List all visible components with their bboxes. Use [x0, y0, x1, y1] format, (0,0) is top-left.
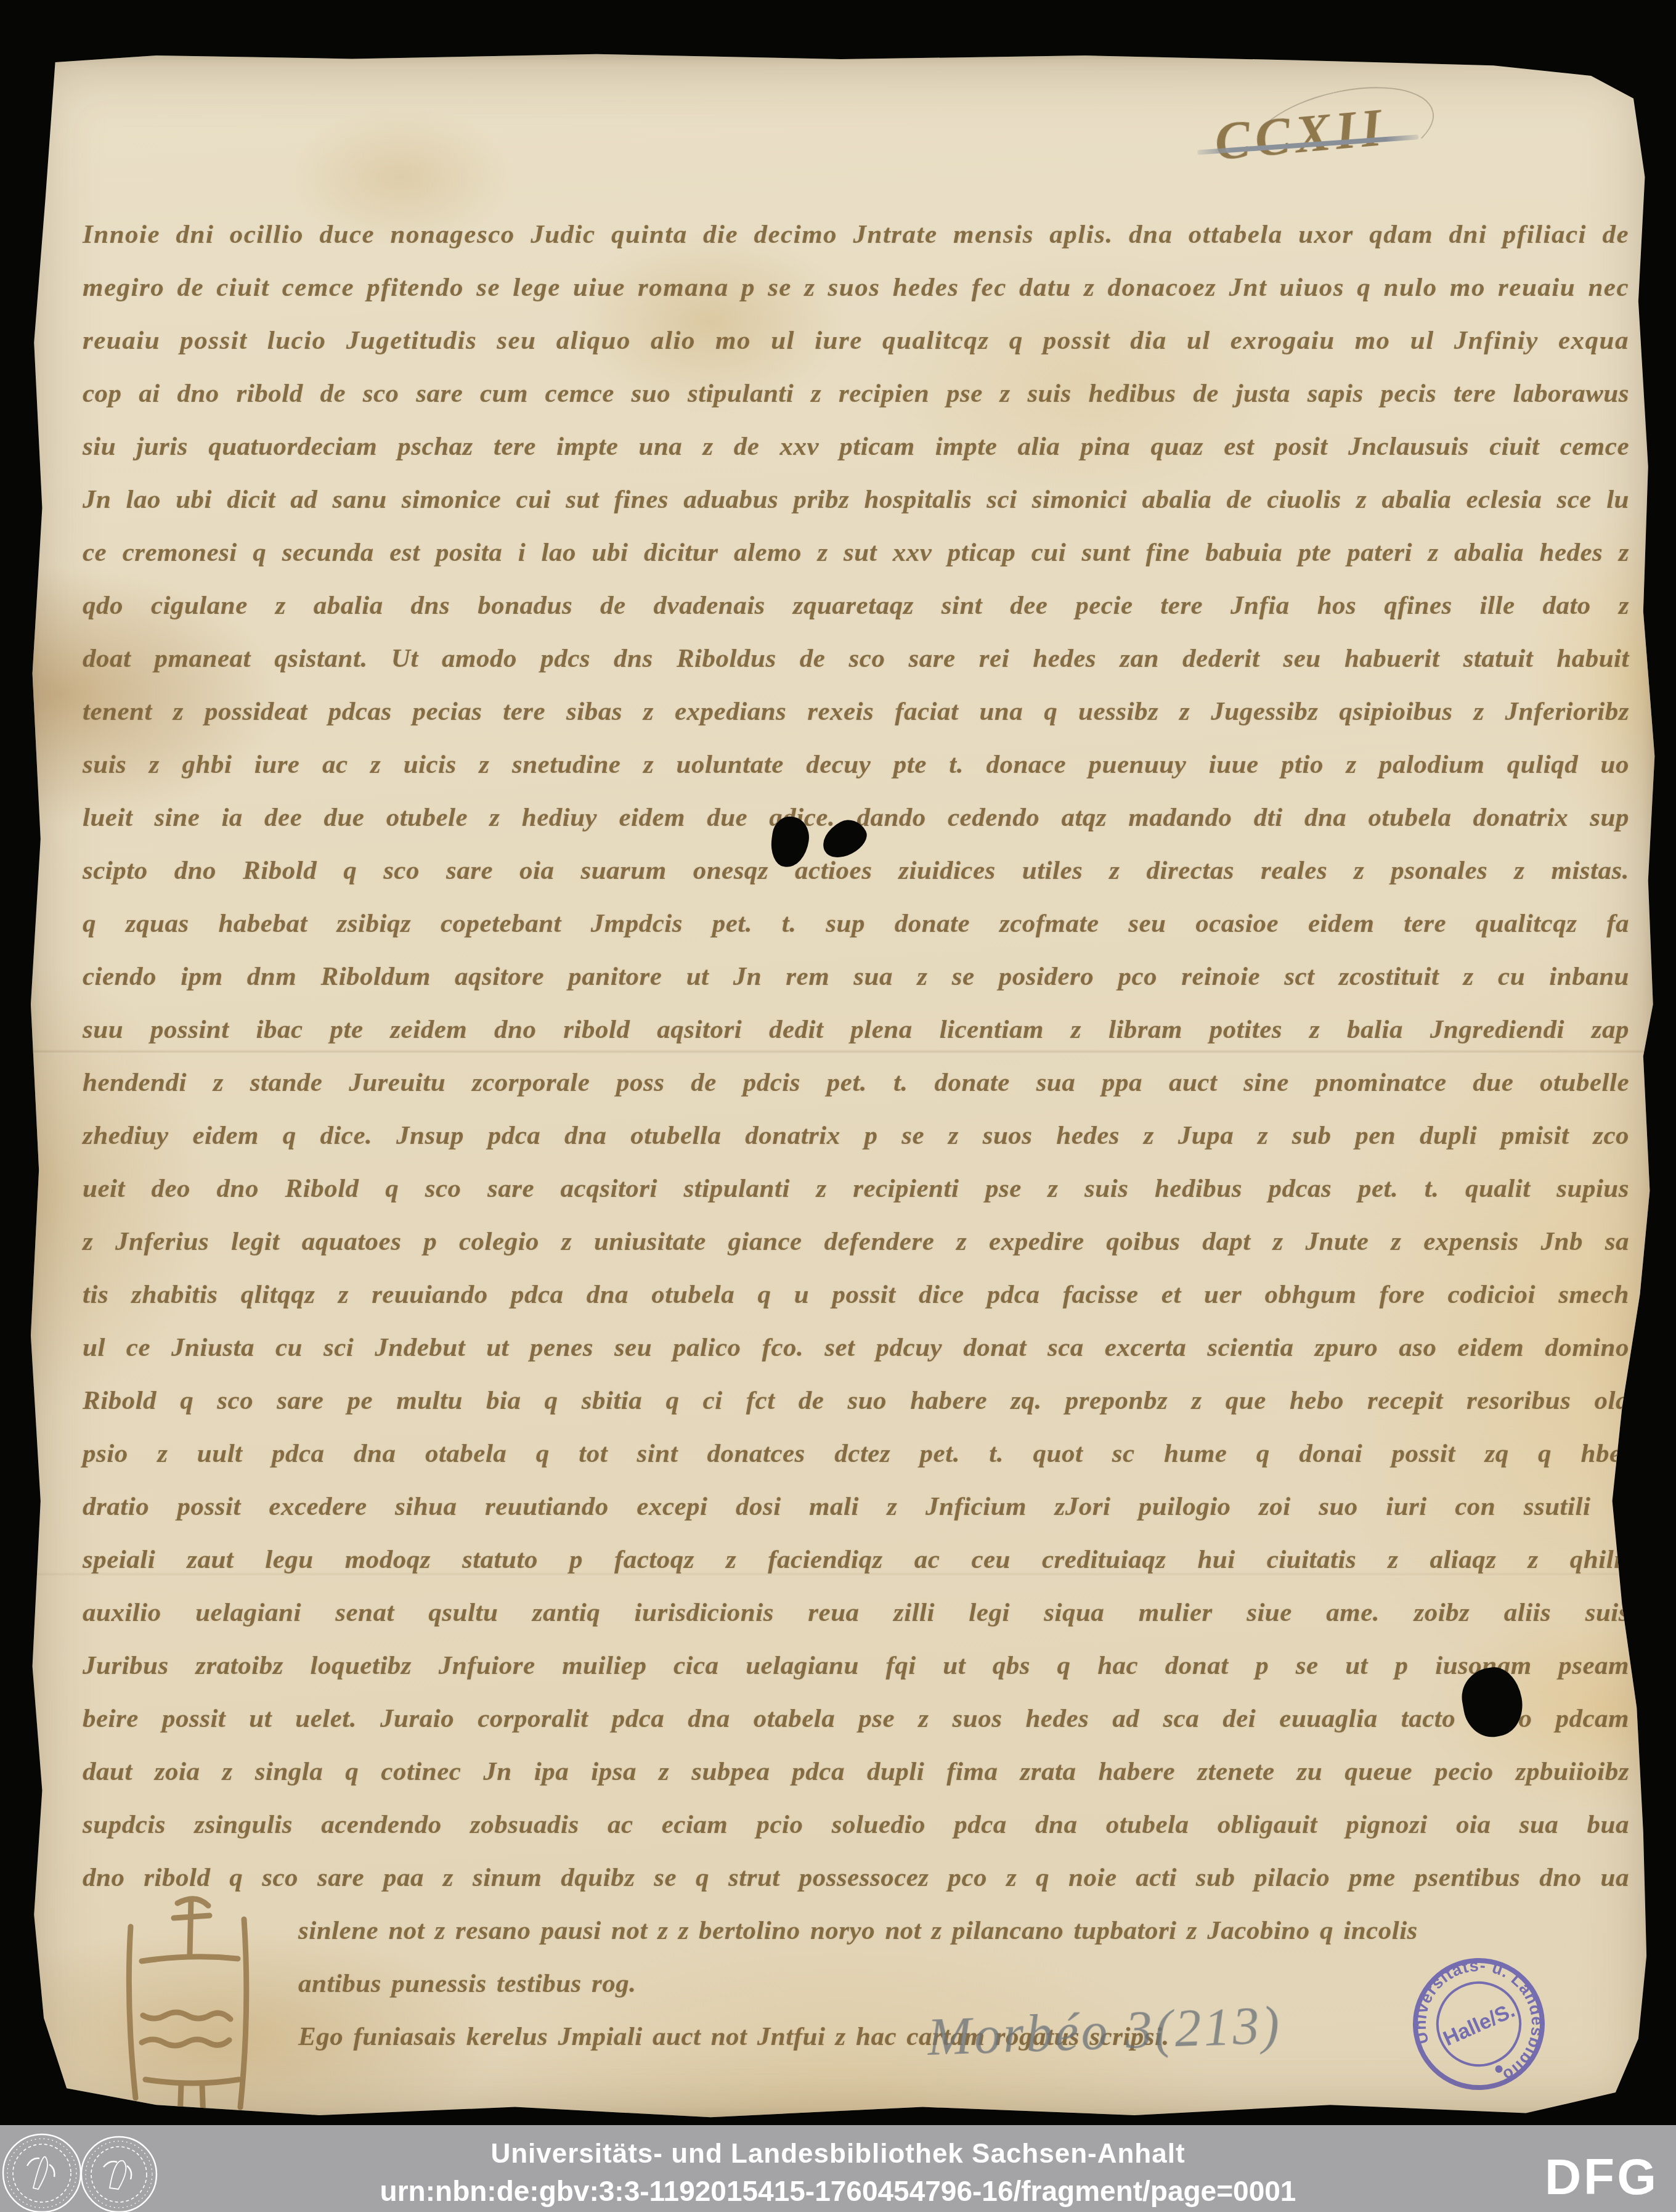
parchment-document: Innoie dni ocillio duce nonagesco Judic … — [26, 53, 1656, 2121]
manuscript-line: z Jnferius legit aquatoes p colegio z un… — [83, 1215, 1629, 1268]
manuscript-line: Ribold q sco sare pe multu bia q sbitia … — [83, 1374, 1629, 1427]
stamp-center-text: Halle/S. — [1440, 1999, 1519, 2051]
manuscript-line: speiali zaut legu modoqz statuto p facto… — [83, 1533, 1629, 1586]
manuscript-line: dno ribold q sco sare paa z sinum dquibz… — [83, 1851, 1629, 1904]
manuscript-line: cop ai dno ribold de sco sare cum cemce … — [83, 367, 1629, 420]
manuscript-line: Ego funiasais kerelus Jmpiali auct not J… — [83, 2010, 1629, 2063]
manuscript-line: qdo cigulane z abalia dns bonadus de dva… — [83, 579, 1629, 632]
footer-bar: Universitäts- und Landesbibliothek Sachs… — [0, 2125, 1676, 2212]
notary-sign-drawing — [117, 1895, 265, 2160]
manuscript-line: Innoie dni ocillio duce nonagesco Judic … — [83, 208, 1629, 261]
footer-institution-line: Universitäts- und Landesbibliothek Sachs… — [0, 2139, 1676, 2169]
manuscript-line: auxilio uelagiani senat qsultu zantiq iu… — [83, 1586, 1629, 1639]
manuscript-line: Jn lao ubi dicit ad sanu simonice cui su… — [83, 473, 1629, 526]
dfg-logo: DFG — [1545, 2149, 1659, 2206]
manuscript-line: suu possint ibac pte zeidem dno ribold a… — [83, 1003, 1629, 1056]
manuscript-line: ueit deo dno Ribold q sco sare acqsitori… — [83, 1162, 1629, 1215]
manuscript-line: Juribus zratoibz loquetibz Jnfuiore muil… — [83, 1639, 1629, 1692]
pencil-shelfmark-annotation: Morbéo 3(213) — [926, 1994, 1282, 2068]
manuscript-line: dratio possit excedere sihua reuutiando … — [83, 1480, 1629, 1533]
manuscript-line: beire possit ut uelet. Juraio corporalit… — [83, 1692, 1629, 1745]
manuscript-line: reuaiu possit lucio Jugetitudis seu aliq… — [83, 314, 1629, 367]
manuscript-line: tis zhabitis qlitqqz z reuuiando pdca dn… — [83, 1268, 1629, 1321]
manuscript-line: zhediuy eidem q dice. Jnsup pdca dna otu… — [83, 1109, 1629, 1162]
manuscript-line: sinlene not z resano pausi not z z berto… — [83, 1904, 1629, 1957]
manuscript-line: ciendo ipm dnm Riboldum aqsitore panitor… — [83, 950, 1629, 1003]
manuscript-line: suis z ghbi iure ac z uicis z snetudine … — [83, 738, 1629, 791]
manuscript-line: supdcis zsingulis acendendo zobsuadis ac… — [83, 1798, 1629, 1851]
footer-urn-line: urn:nbn:de:gbv:3:3-1192015415-1760454796… — [0, 2174, 1676, 2208]
manuscript-line: ul ce Jniusta cu sci Jndebut ut penes se… — [83, 1321, 1629, 1374]
manuscript-text: Innoie dni ocillio duce nonagesco Judic … — [83, 208, 1629, 2063]
manuscript-line: ce cremonesi q secunda est posita i lao … — [83, 526, 1629, 579]
manuscript-line: siu juris quatuordeciam pschaz tere impt… — [83, 420, 1629, 473]
archival-number-annotation: CCXII — [1212, 94, 1415, 184]
pencil-loop-mark — [1242, 71, 1442, 194]
manuscript-line: q zquas habebat zsibiqz copetebant Jmpdc… — [83, 897, 1629, 950]
manuscript-line: tenent z possideat pdcas pecias tere sib… — [83, 685, 1629, 738]
scan-viewer-page: Innoie dni ocillio duce nonagesco Judic … — [0, 0, 1676, 2212]
manuscript-line: scipto dno Ribold q sco sare oia suarum … — [83, 844, 1629, 897]
manuscript-line: megiro de ciuit cemce pfitendo se lege u… — [83, 261, 1629, 314]
manuscript-line: hendendi z stande Jureuitu zcorporale po… — [83, 1056, 1629, 1109]
manuscript-line: doat pmaneat qsistant. Ut amodo pdcs dns… — [83, 632, 1629, 685]
manuscript-line: daut zoia z singla q cotinec Jn ipa ipsa… — [83, 1745, 1629, 1798]
manuscript-line: psio z uult pdca dna otabela q tot sint … — [83, 1427, 1629, 1480]
